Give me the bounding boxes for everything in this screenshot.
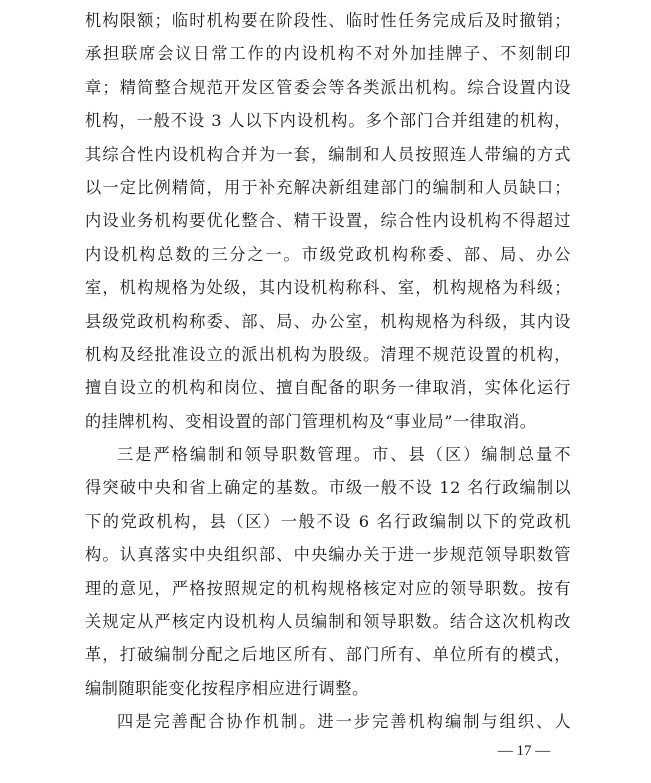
text-line: 机构，一般不设 3 人以下内设机构。多个部门合并组建的机构， (85, 104, 571, 137)
text-line: 县级党政机构称委、部、局、办公室，机构规格为科级，其内设 (85, 305, 571, 338)
text-line: 承担联席会议日常工作的内设机构不对外加挂牌子、不刻制印 (85, 37, 571, 70)
text-line: 以一定比例精简，用于补充解决新组建部门的编制和人员缺口； (85, 171, 571, 204)
text-line: 内设业务机构要优化整合、精干设置，综合性内设机构不得超过 (85, 204, 571, 237)
paragraph-heading-line: 四是完善配合协作机制。进一步完善机构编制与组织、人 (85, 705, 571, 738)
body-text: 机构限额；临时机构要在阶段性、临时性任务完成后及时撤销； 承担联席会议日常工作的… (85, 4, 571, 739)
text-line: 理的意见，严格按照规定的机构规格核定对应的领导职数。按有 (85, 572, 571, 605)
document-page: 机构限额；临时机构要在阶段性、临时性任务完成后及时撤销； 承担联席会议日常工作的… (0, 0, 651, 783)
text-line: 革，打破编制分配之后地区所有、部门所有、单位所有的模式， (85, 638, 571, 671)
text-line: 的挂牌机构、变相设置的部门管理机构及“事业局”一律取消。 (85, 405, 571, 438)
text-line: 得突破中央和省上确定的基数。市级一般不设 12 名行政编制以 (85, 471, 571, 504)
text-line: 机构限额；临时机构要在阶段性、临时性任务完成后及时撤销； (85, 4, 571, 37)
text-line: 编制随职能变化按程序相应进行调整。 (85, 672, 571, 705)
text-line: 章；精简整合规范开发区管委会等各类派出机构。综合设置内设 (85, 71, 571, 104)
page-number: — 17 — (490, 740, 558, 762)
text-line: 其综合性内设机构合并为一套，编制和人员按照连人带编的方式 (85, 138, 571, 171)
text-line: 机构及经批准设立的派出机构为股级。清理不规范设置的机构， (85, 338, 571, 371)
text-line: 构。认真落实中央组织部、中央编办关于进一步规范领导职数管 (85, 538, 571, 571)
text-line: 下的党政机构，县（区）一般不设 6 名行政编制以下的党政机 (85, 505, 571, 538)
text-line: 室，机构规格为处级，其内设机构称科、室，机构规格为科级； (85, 271, 571, 304)
text-line: 关规定从严核定内设机构人员编制和领导职数。结合这次机构改 (85, 605, 571, 638)
text-line: 擅自设立的机构和岗位、擅自配备的职务一律取消，实体化运行 (85, 371, 571, 404)
text-line: 内设机构总数的三分之一。市级党政机构称委、部、局、办公 (85, 238, 571, 271)
paragraph-heading-line: 三是严格编制和领导职数管理。市、县（区）编制总量不 (85, 438, 571, 471)
